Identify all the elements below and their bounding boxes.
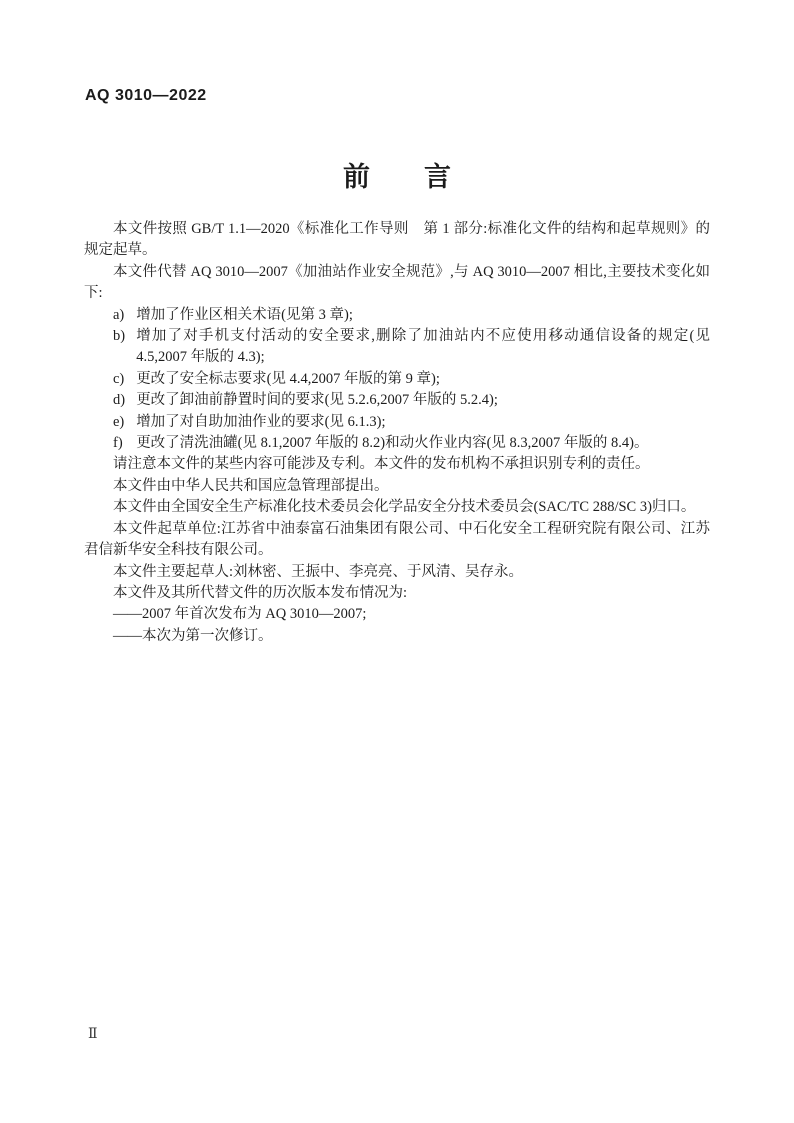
list-item-label: b) — [113, 326, 125, 347]
paragraph: 本文件按照 GB/T 1.1—2020《标准化工作导则 第 1 部分:标准化文件… — [84, 219, 710, 262]
list-item-label: c) — [113, 369, 124, 390]
document-page: AQ 3010—2022 前 言 本文件按照 GB/T 1.1—2020《标准化… — [0, 0, 794, 1123]
paragraph: 本文件由全国安全生产标准化技术委员会化学品安全分技术委员会(SAC/TC 288… — [84, 497, 710, 518]
list-item-label: a) — [113, 305, 124, 326]
list-item-e: e)增加了对自助加油作业的要求(见 6.1.3); — [84, 412, 710, 433]
list-item-label: e) — [113, 412, 124, 433]
list-item-text: 更改了卸油前静置时间的要求(见 5.2.6,2007 年版的 5.2.4); — [136, 392, 498, 408]
paragraph: ——2007 年首次发布为 AQ 3010—2007; — [84, 604, 710, 625]
list-item-text: 增加了作业区相关术语(见第 3 章); — [136, 307, 353, 323]
page-number: Ⅱ — [88, 1026, 98, 1043]
list-item-label: f) — [113, 433, 123, 454]
list-item-a: a)增加了作业区相关术语(见第 3 章); — [84, 305, 710, 326]
list-item-d: d)更改了卸油前静置时间的要求(见 5.2.6,2007 年版的 5.2.4); — [84, 390, 710, 411]
list-item-text: 增加了对手机支付活动的安全要求,删除了加油站内不应使用移动通信设备的规定(见 4… — [136, 328, 710, 365]
list-item-text: 增加了对自助加油作业的要求(见 6.1.3); — [136, 414, 385, 430]
paragraph: 请注意本文件的某些内容可能涉及专利。本文件的发布机构不承担识别专利的责任。 — [84, 454, 710, 475]
paragraph: 本文件起草单位:江苏省中油泰富石油集团有限公司、中石化安全工程研究院有限公司、江… — [84, 519, 710, 562]
standard-code: AQ 3010—2022 — [85, 87, 207, 105]
list-item-b: b)增加了对手机支付活动的安全要求,删除了加油站内不应使用移动通信设备的规定(见… — [84, 326, 710, 369]
paragraph: 本文件主要起草人:刘林密、王振中、李亮亮、于风清、吴存永。 — [84, 562, 710, 583]
page-title: 前 言 — [0, 155, 794, 194]
list-item-text: 更改了安全标志要求(见 4.4,2007 年版的第 9 章); — [136, 371, 440, 387]
list-item-f: f)更改了清洗油罐(见 8.1,2007 年版的 8.2)和动火作业内容(见 8… — [84, 433, 710, 454]
paragraph: 本文件由中华人民共和国应急管理部提出。 — [84, 476, 710, 497]
list-item-label: d) — [113, 390, 125, 411]
paragraph: 本文件代替 AQ 3010—2007《加油站作业安全规范》,与 AQ 3010—… — [84, 262, 710, 305]
paragraph: 本文件及其所代替文件的历次版本发布情况为: — [84, 583, 710, 604]
body-paragraphs: 本文件按照 GB/T 1.1—2020《标准化工作导则 第 1 部分:标准化文件… — [84, 219, 710, 647]
list-item-c: c)更改了安全标志要求(见 4.4,2007 年版的第 9 章); — [84, 369, 710, 390]
list-item-text: 更改了清洗油罐(见 8.1,2007 年版的 8.2)和动火作业内容(见 8.3… — [136, 435, 648, 451]
paragraph: ——本次为第一次修订。 — [84, 626, 710, 647]
